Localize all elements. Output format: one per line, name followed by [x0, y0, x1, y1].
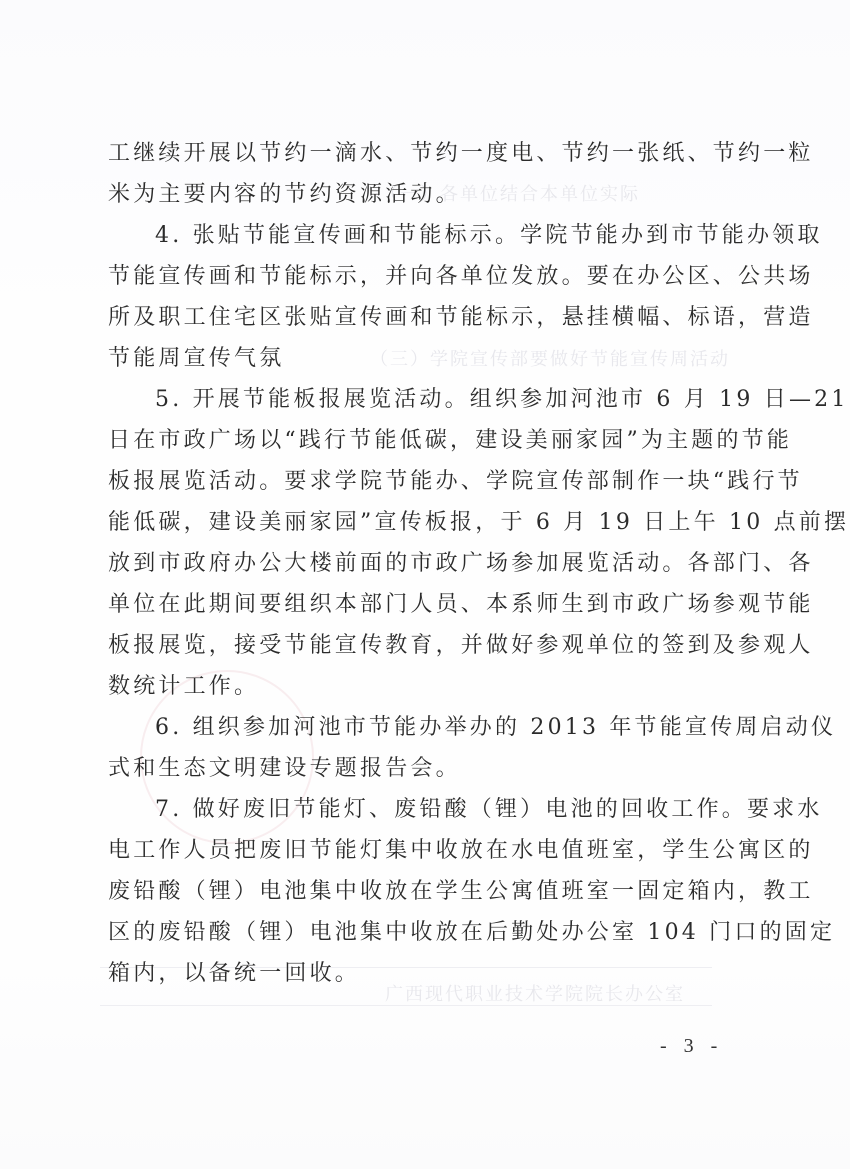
- text-line: 所及职工住宅区张贴宣传画和节能标示，悬挂横幅、标语，营造: [108, 297, 728, 338]
- paragraph-item-5: 5. 开展节能板报展览活动。组织参加河池市 6 月 19 日—21 日在市政广场…: [108, 379, 728, 707]
- text-line: 电工作人员把废旧节能灯集中收放在水电值班室，学生公寓区的: [108, 830, 728, 871]
- text-line: 节能宣传画和节能标示，并向各单位发放。要在办公区、公共场: [108, 256, 728, 297]
- text-line: 6. 组织参加河池市节能办举办的 2013 年节能宣传周启动仪: [108, 707, 728, 748]
- text-line: 废铅酸（锂）电池集中收放在学生公寓值班室一固定箱内，教工: [108, 871, 728, 912]
- show-through-rule: [100, 1005, 712, 1006]
- text-line: 能低碳，建设美丽家园”宣传板报，于 6 月 19 日上午 10 点前摆: [108, 502, 728, 543]
- text-line: 板报展览活动。要求学院节能办、学院宣传部制作一块“践行节: [108, 461, 728, 502]
- text-line: 放到市政府办公大楼前面的市政广场参加展览活动。各部门、各: [108, 543, 728, 584]
- text-line: 式和生态文明建设专题报告会。: [108, 748, 728, 789]
- paragraph-item-6: 6. 组织参加河池市节能办举办的 2013 年节能宣传周启动仪 式和生态文明建设…: [108, 707, 728, 789]
- document-page: （一）各单位结合本单位实际 （三）学院宣传部要做好节能宣传周活动 广西现代职业技…: [0, 0, 850, 1169]
- text-line: 数统计工作。: [108, 666, 728, 707]
- text-line: 米为主要内容的节约资源活动。: [108, 174, 728, 215]
- text-line: 5. 开展节能板报展览活动。组织参加河池市 6 月 19 日—21: [108, 379, 728, 420]
- text-line: 板报展览，接受节能宣传教育，并做好参观单位的签到及参观人: [108, 625, 728, 666]
- page-number: - 3 -: [660, 1035, 723, 1058]
- text-line: 4. 张贴节能宣传画和节能标示。学院节能办到市节能办领取: [108, 215, 728, 256]
- paragraph-item-7: 7. 做好废旧节能灯、废铅酸（锂）电池的回收工作。要求水 电工作人员把废旧节能灯…: [108, 789, 728, 994]
- text-line: 7. 做好废旧节能灯、废铅酸（锂）电池的回收工作。要求水: [108, 789, 728, 830]
- text-line: 箱内，以备统一回收。: [108, 953, 728, 994]
- paragraph-item-4: 4. 张贴节能宣传画和节能标示。学院节能办到市节能办领取 节能宣传画和节能标示，…: [108, 215, 728, 379]
- text-line: 工继续开展以节约一滴水、节约一度电、节约一张纸、节约一粒: [108, 133, 728, 174]
- text-line: 日在市政广场以“践行节能低碳，建设美丽家园”为主题的节能: [108, 420, 728, 461]
- text-line: 单位在此期间要组织本部门人员、本系师生到市政广场参观节能: [108, 584, 728, 625]
- text-line: 节能周宣传气氛: [108, 338, 728, 379]
- paragraph-continued: 工继续开展以节约一滴水、节约一度电、节约一张纸、节约一粒 米为主要内容的节约资源…: [108, 133, 728, 215]
- document-body: 工继续开展以节约一滴水、节约一度电、节约一张纸、节约一粒 米为主要内容的节约资源…: [108, 133, 728, 994]
- text-line: 区的废铅酸（锂）电池集中收放在后勤处办公室 104 门口的固定: [108, 912, 728, 953]
